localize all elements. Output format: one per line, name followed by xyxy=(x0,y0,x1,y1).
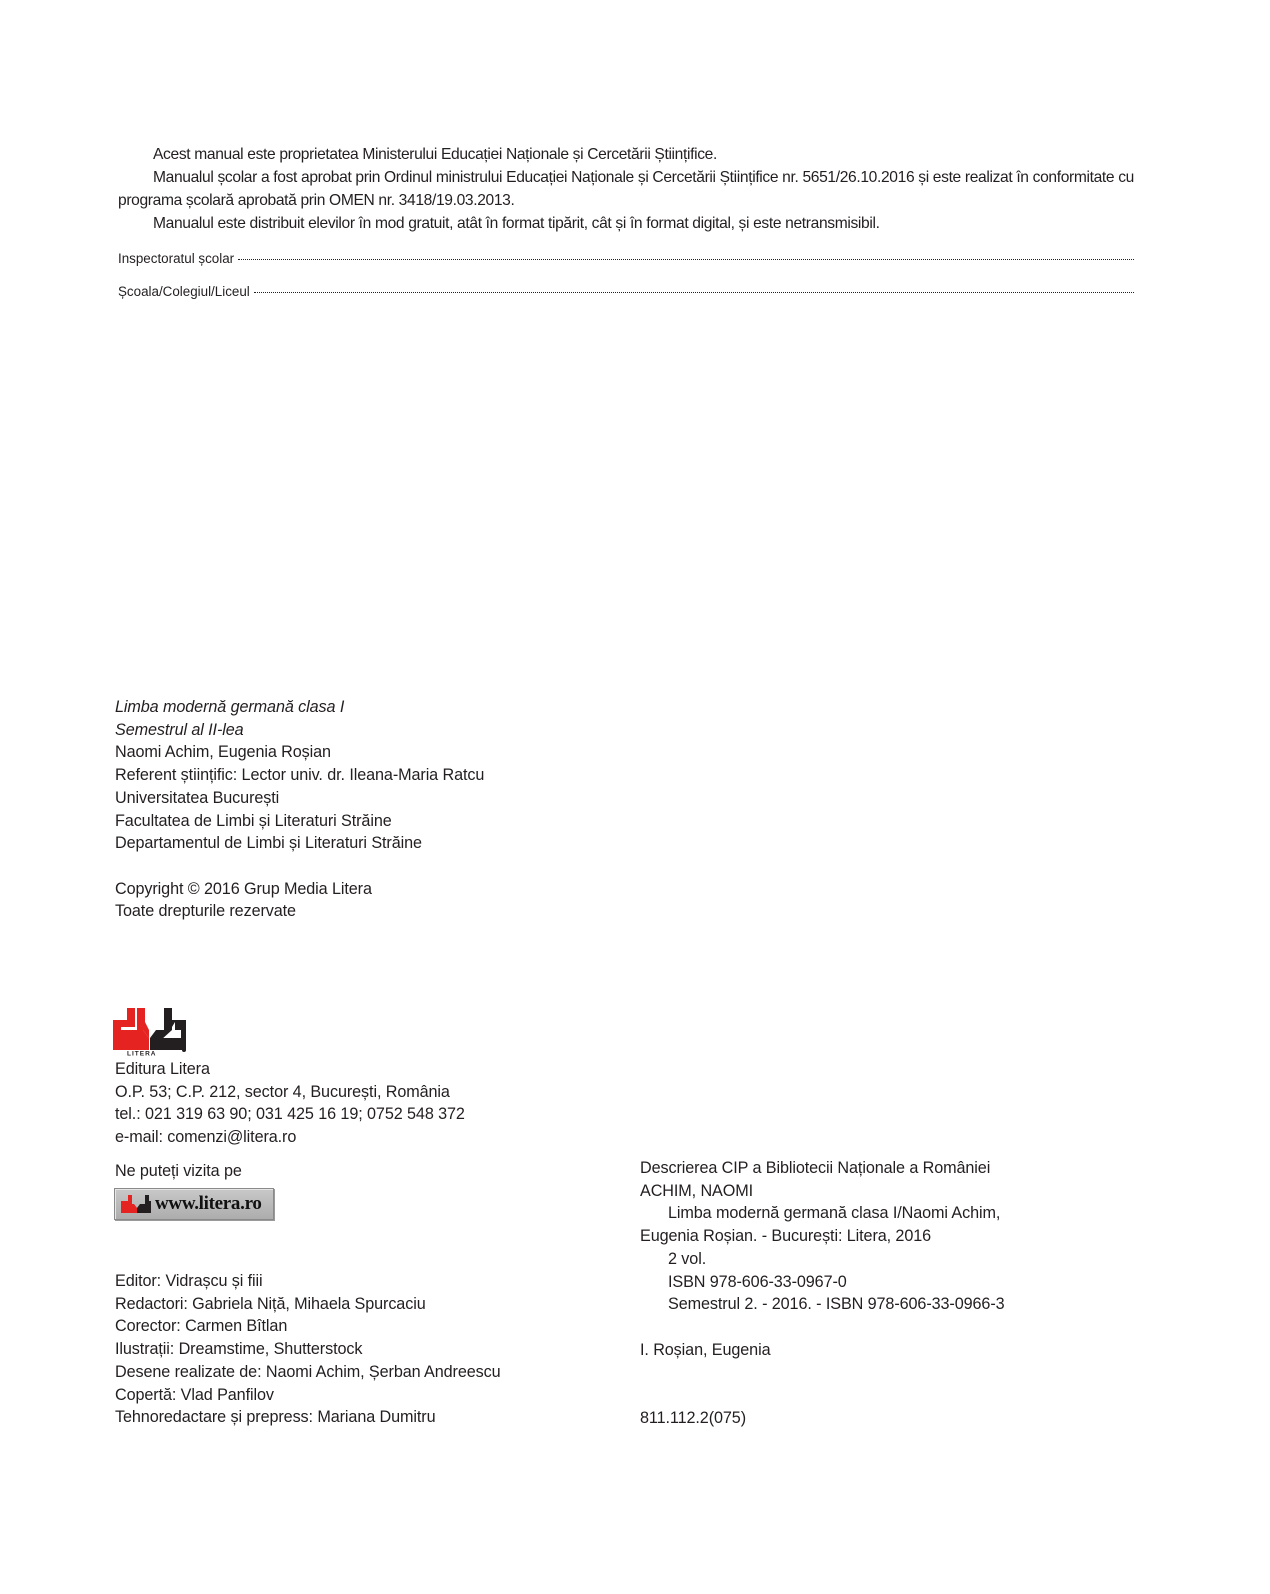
publisher-phone: tel.: 021 319 63 90; 031 425 16 19; 0752… xyxy=(115,1103,465,1126)
copyright-line: Copyright © 2016 Grup Media Litera xyxy=(115,878,484,901)
cip-isbn: ISBN 978-606-33-0967-0 xyxy=(640,1271,1005,1294)
credit-typesetting: Tehnoredactare și prepress: Mariana Dumi… xyxy=(115,1406,501,1429)
cip-semester-isbn: Semestrul 2. - 2016. - ISBN 978-606-33-0… xyxy=(640,1293,1005,1316)
litera-small-logo-icon xyxy=(121,1193,151,1215)
notice-distribution: Manualul este distribuit elevilor în mod… xyxy=(118,212,1134,235)
notice-ownership: Acest manual este proprietatea Ministeru… xyxy=(118,143,1134,166)
credits-list: Editor: Vidrașcu și fiii Redactori: Gabr… xyxy=(115,1270,501,1429)
school-field[interactable]: Școala/Colegiul/Liceul xyxy=(118,284,1134,299)
website-link-button[interactable]: www.litera.ro xyxy=(114,1188,274,1220)
credit-proofreader: Corector: Carmen Bîtlan xyxy=(115,1315,501,1338)
publisher-info: Editura Litera O.P. 53; C.P. 212, sector… xyxy=(115,1058,465,1149)
publisher-address: O.P. 53; C.P. 212, sector 4, București, … xyxy=(115,1081,465,1104)
cip-classification: 811.112.2(075) xyxy=(640,1407,1005,1430)
cip-heading: Descrierea CIP a Bibliotecii Naționale a… xyxy=(640,1157,1005,1180)
publisher-email[interactable]: e-mail: comenzi@litera.ro xyxy=(115,1126,465,1149)
book-info: Limba modernă germană clasa I Semestrul … xyxy=(115,696,484,923)
svg-text:LITERA: LITERA xyxy=(127,1051,156,1057)
cip-title-line2: Eugenia Roșian. - București: Litera, 201… xyxy=(640,1225,1005,1248)
book-referent: Referent științific: Lector univ. dr. Il… xyxy=(115,764,484,787)
book-authors: Naomi Achim, Eugenia Roșian xyxy=(115,741,484,764)
credit-illustrations: Ilustrații: Dreamstime, Shutterstock xyxy=(115,1338,501,1361)
inspectorate-dotted-line[interactable] xyxy=(238,259,1134,260)
credit-drawings: Desene realizate de: Naomi Achim, Șerban… xyxy=(115,1361,501,1384)
cip-title-line1: Limba modernă germană clasa I/Naomi Achi… xyxy=(640,1202,1005,1225)
cip-author: ACHIM, NAOMI xyxy=(640,1180,1005,1203)
cip-description: Descrierea CIP a Bibliotecii Naționale a… xyxy=(640,1157,1005,1429)
cip-coauthor: I. Roșian, Eugenia xyxy=(640,1339,1005,1362)
publisher-name: Editura Litera xyxy=(115,1058,465,1081)
credit-cover: Copertă: Vlad Panfilov xyxy=(115,1384,501,1407)
school-dotted-line[interactable] xyxy=(254,292,1134,293)
book-title: Limba modernă germană clasa I xyxy=(115,696,484,719)
school-label: Școala/Colegiul/Liceul xyxy=(118,284,254,299)
litera-logo-icon: LITERA xyxy=(113,1008,188,1056)
rights-line: Toate drepturile rezervate xyxy=(115,900,484,923)
cip-volumes: 2 vol. xyxy=(640,1248,1005,1271)
book-university: Universitatea București xyxy=(115,787,484,810)
notice-approval: Manualul școlar a fost aprobat prin Ordi… xyxy=(118,166,1134,212)
inspectorate-field[interactable]: Inspectoratul școlar xyxy=(118,251,1134,266)
inspectorate-label: Inspectoratul școlar xyxy=(118,251,238,266)
visit-label: Ne puteți vizita pe xyxy=(115,1160,242,1183)
credit-redactors: Redactori: Gabriela Niță, Mihaela Spurca… xyxy=(115,1293,501,1316)
website-url[interactable]: www.litera.ro xyxy=(155,1193,262,1215)
book-semester: Semestrul al II-lea xyxy=(115,719,484,742)
book-faculty: Facultatea de Limbi și Literaturi Străin… xyxy=(115,810,484,833)
book-department: Departamentul de Limbi și Literaturi Str… xyxy=(115,832,484,855)
legal-notice: Acest manual este proprietatea Ministeru… xyxy=(118,143,1134,235)
credit-editor: Editor: Vidrașcu și fiii xyxy=(115,1270,501,1293)
